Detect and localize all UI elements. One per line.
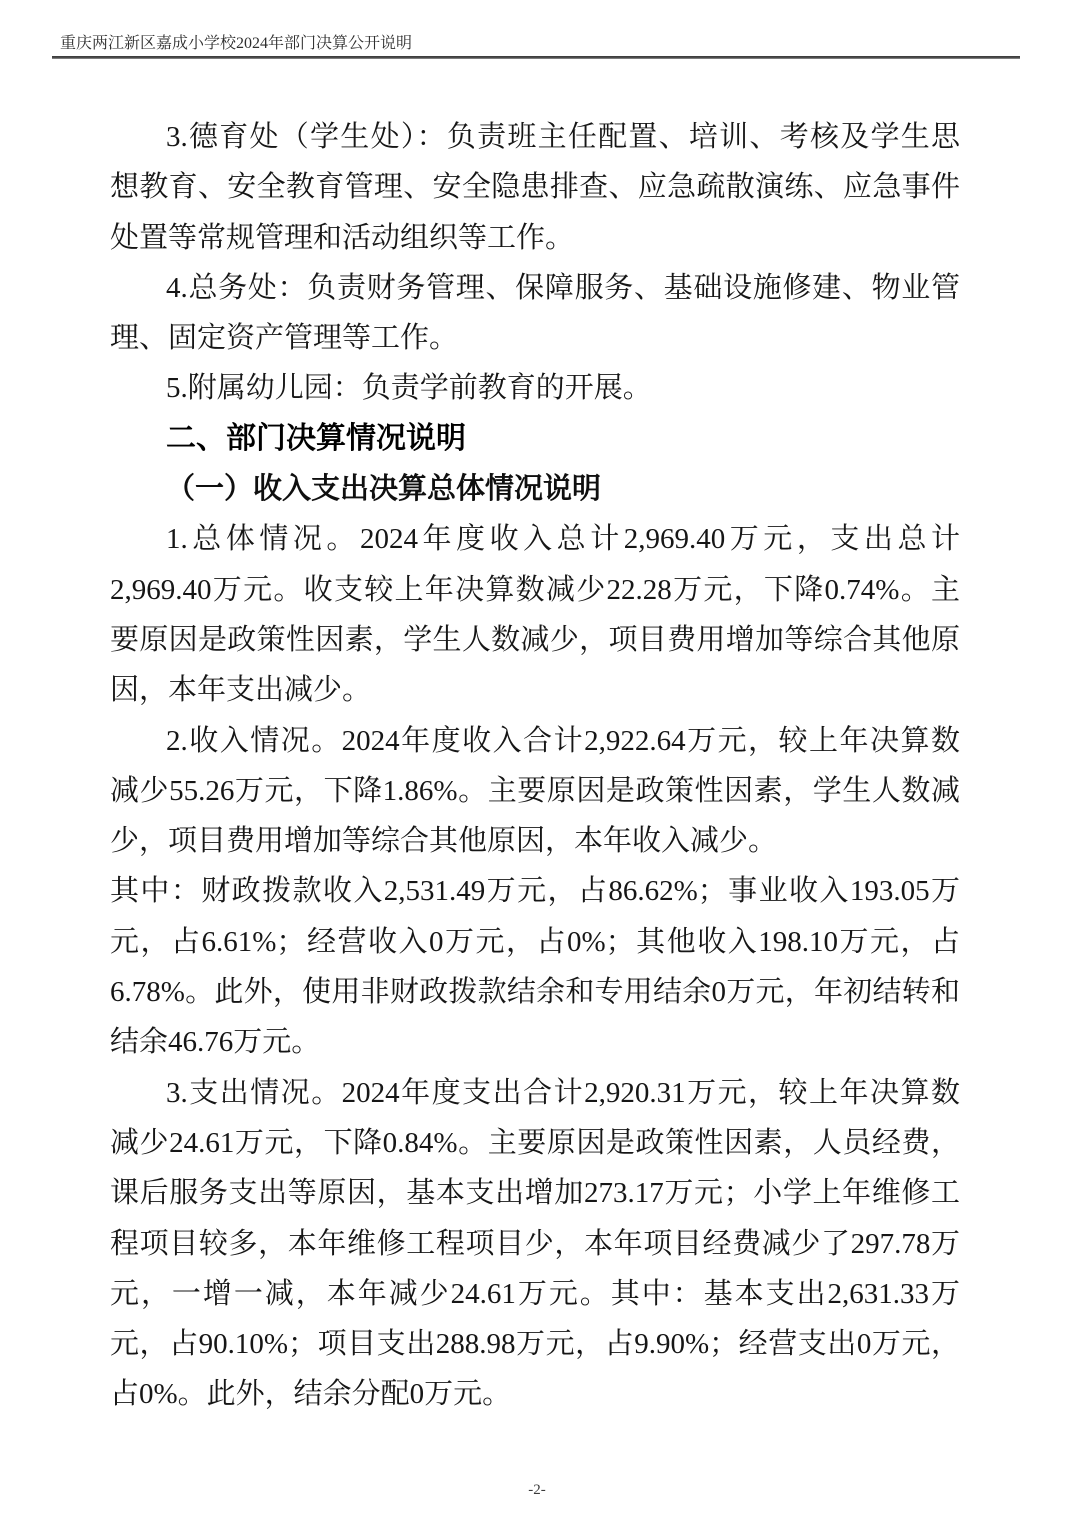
text-line: 结余46.76万元。	[110, 1017, 960, 1067]
text-line: 减少55.26万元，下降1.86%。主要原因是政策性因素，学生人数减	[110, 766, 960, 816]
paragraph-affiliated-kindergarten: 5.附属幼儿园：负责学前教育的开展。	[110, 363, 960, 413]
text-line: 元，占90.10%；项目支出288.98万元，占9.90%；经营支出0万元，	[110, 1319, 960, 1369]
document-body: 3.德育处（学生处）：负责班主任配置、培训、考核及学生思 想教育、安全教育管理、…	[110, 112, 960, 1420]
text-line: 元，一增一减，本年减少24.61万元。其中：基本支出2,631.33万	[110, 1269, 960, 1319]
header-rule	[52, 56, 1020, 59]
paragraph-income-situation: 2.收入情况。2024年度收入合计2,922.64万元，较上年决算数 减少55.…	[110, 716, 960, 867]
text-line: 处置等常规管理和活动组织等工作。	[110, 213, 960, 263]
paragraph-income-breakdown: 其中：财政拨款收入2,531.49万元，占86.62%；事业收入193.05万 …	[110, 866, 960, 1067]
text-line: 减少24.61万元，下降0.84%。主要原因是政策性因素，人员经费，	[110, 1118, 960, 1168]
text-line: 要原因是政策性因素，学生人数减少，项目费用增加等综合其他原	[110, 615, 960, 665]
text-line: 5.附属幼儿园：负责学前教育的开展。	[110, 363, 960, 413]
section-heading: 二、部门决算情况说明	[110, 414, 960, 464]
text-line: 1.总体情况。2024年度收入总计2,969.40万元，支出总计	[110, 514, 960, 564]
text-line: 理、固定资产管理等工作。	[110, 313, 960, 363]
text-line: 想教育、安全教育管理、安全隐患排查、应急疏散演练、应急事件	[110, 162, 960, 212]
text-line: 6.78%。此外，使用非财政拨款结余和专用结余0万元，年初结转和	[110, 967, 960, 1017]
text-line: 占0%。此外，结余分配0万元。	[110, 1369, 960, 1419]
text-line: 3.德育处（学生处）：负责班主任配置、培训、考核及学生思	[110, 112, 960, 162]
text-line: 2.收入情况。2024年度收入合计2,922.64万元，较上年决算数	[110, 716, 960, 766]
document-page: 重庆两江新区嘉成小学校2024年部门决算公开说明 3.德育处（学生处）：负责班主…	[0, 0, 1074, 1520]
subsection-heading: （一）收入支出决算总体情况说明	[110, 464, 960, 514]
text-line: 因，本年支出减少。	[110, 665, 960, 715]
text-line: 3.支出情况。2024年度支出合计2,920.31万元，较上年决算数	[110, 1068, 960, 1118]
page-footer: -2-	[0, 1482, 1074, 1499]
section-heading-final-accounts: 二、部门决算情况说明	[110, 414, 960, 464]
paragraph-general-affairs-office: 4.总务处：负责财务管理、保障服务、基础设施修建、物业管 理、固定资产管理等工作…	[110, 263, 960, 364]
subsection-heading-overall-income-expenditure: （一）收入支出决算总体情况说明	[110, 464, 960, 514]
text-line: 2,969.40万元。收支较上年决算数减少22.28万元，下降0.74%。主	[110, 565, 960, 615]
text-line: 其中：财政拨款收入2,531.49万元，占86.62%；事业收入193.05万	[110, 866, 960, 916]
page-number: -2-	[528, 1482, 546, 1498]
text-line: 课后服务支出等原因，基本支出增加273.17万元；小学上年维修工	[110, 1168, 960, 1218]
paragraph-moral-education-office: 3.德育处（学生处）：负责班主任配置、培训、考核及学生思 想教育、安全教育管理、…	[110, 112, 960, 263]
text-line: 元，占6.61%；经营收入0万元，占0%；其他收入198.10万元，占	[110, 917, 960, 967]
page-header-title: 重庆两江新区嘉成小学校2024年部门决算公开说明	[60, 30, 412, 53]
paragraph-expenditure-situation: 3.支出情况。2024年度支出合计2,920.31万元，较上年决算数 减少24.…	[110, 1068, 960, 1420]
text-line: 4.总务处：负责财务管理、保障服务、基础设施修建、物业管	[110, 263, 960, 313]
text-line: 程项目较多，本年维修工程项目少，本年项目经费减少了297.78万	[110, 1219, 960, 1269]
paragraph-overall-situation: 1.总体情况。2024年度收入总计2,969.40万元，支出总计 2,969.4…	[110, 514, 960, 715]
text-line: 少，项目费用增加等综合其他原因，本年收入减少。	[110, 816, 960, 866]
